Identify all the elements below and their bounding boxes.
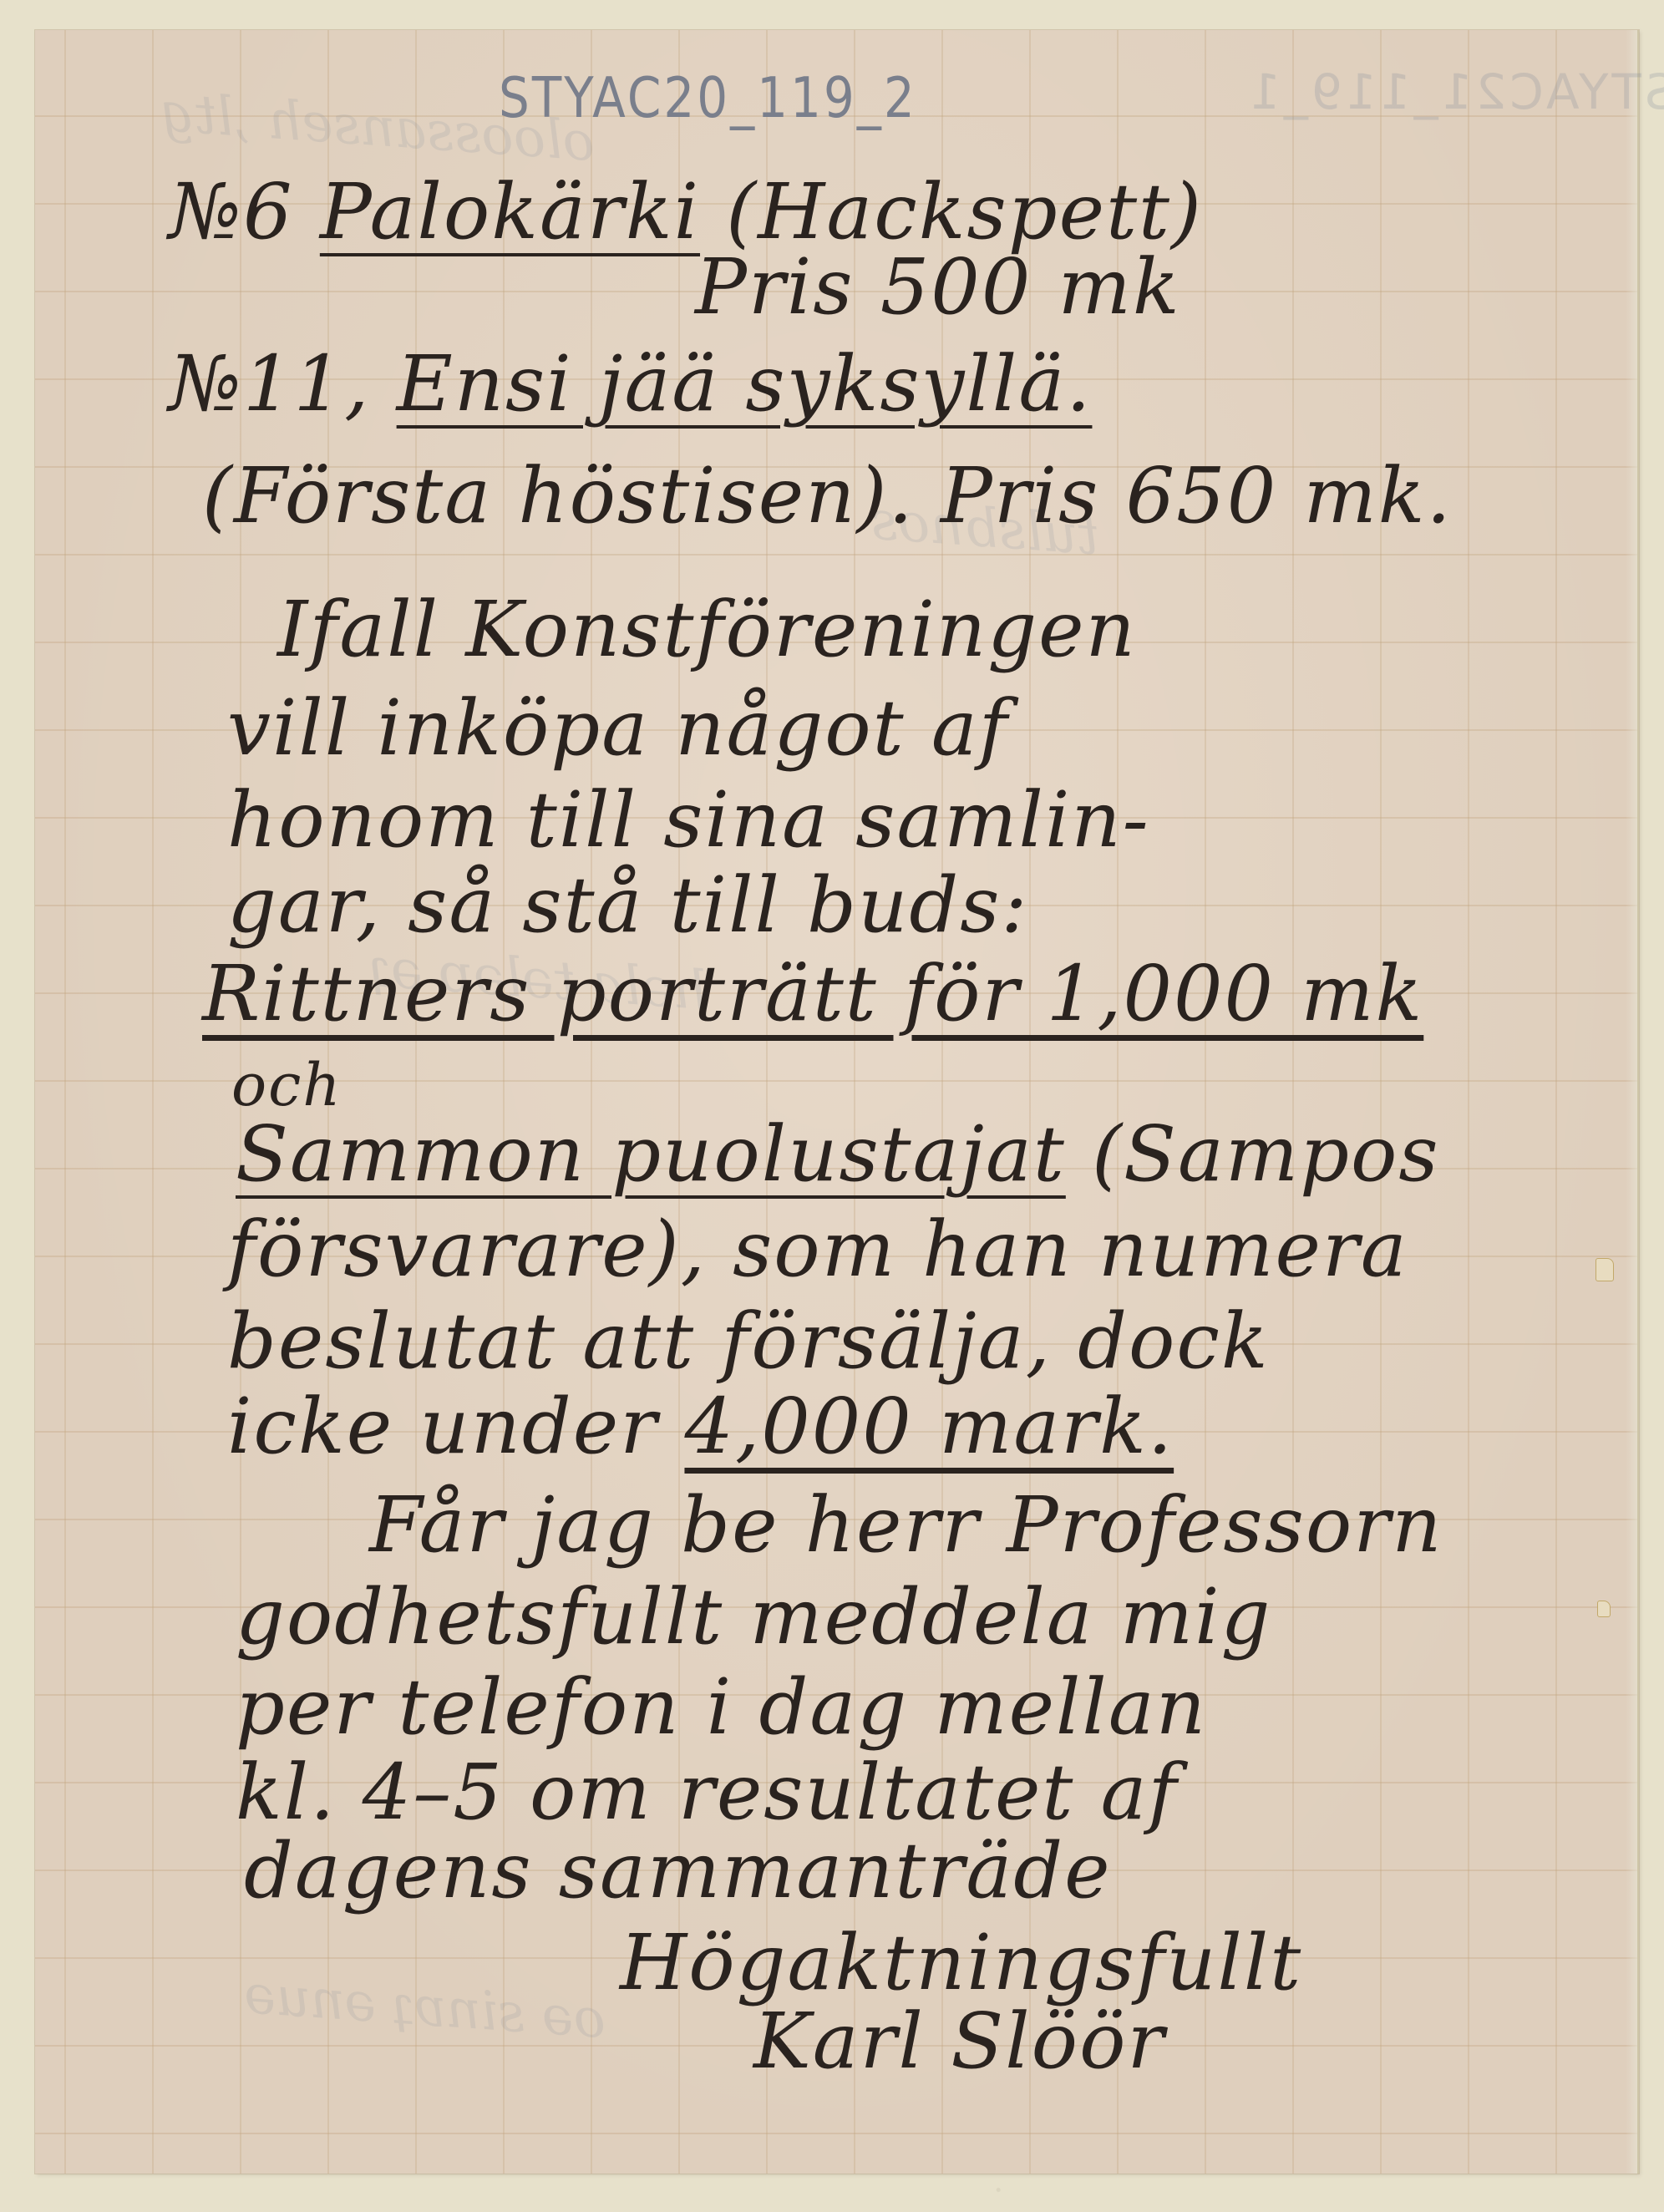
letter-line-11: Sammon puolustajat (Sampos bbox=[236, 1116, 1440, 1193]
letter-line-1: №6 Palokärki (Hackspett) bbox=[169, 174, 1203, 251]
artwork-title: Sammon puolustajat bbox=[236, 1109, 1066, 1199]
letter-line-15: Får jag be herr Professorn bbox=[369, 1487, 1443, 1564]
letter-line-4: (Första höstisen). Pris 650 mk. bbox=[202, 458, 1453, 535]
artwork-title: Palokärki bbox=[320, 167, 700, 256]
letter-line-10: och bbox=[231, 1056, 342, 1114]
letter-line-3: №11, Ensi jää syksyllä. bbox=[169, 346, 1092, 423]
artwork-title: Ensi jää syksyllä. bbox=[397, 339, 1093, 429]
letter-line-18: kl. 4–5 om resultatet af bbox=[236, 1754, 1179, 1831]
closing-salutation: Högaktningsfullt bbox=[620, 1925, 1302, 2001]
letter-line-6: vill inköpa något af bbox=[227, 690, 1009, 767]
letter-line-7: honom till sina samlin- bbox=[227, 782, 1150, 859]
tape-residue-mark bbox=[1596, 1258, 1614, 1281]
letter-line-17: per telefon i dag mellan bbox=[236, 1669, 1207, 1746]
paper-edge bbox=[1626, 30, 1639, 2174]
letter-line-2: Pris 500 mk bbox=[695, 249, 1181, 326]
reverse-label-bleedthrough: STYAC21_119_1 bbox=[1246, 63, 1664, 120]
letter-line-12: försvarare), som han numera bbox=[227, 1211, 1408, 1288]
line-text: icke under bbox=[227, 1382, 684, 1471]
letter-line-5: Ifall Konstföreningen bbox=[277, 591, 1137, 668]
signature: Karl Slöör bbox=[753, 2003, 1165, 2080]
artwork-title-translation: (Sampos bbox=[1066, 1109, 1440, 1199]
item-number: №11, bbox=[169, 339, 397, 429]
archive-label: STYAC20_119_2 bbox=[499, 65, 917, 130]
tape-residue-mark bbox=[1597, 1601, 1611, 1617]
letter-line-8: gar, så stå till buds: bbox=[227, 867, 1028, 944]
minimum-price: 4,000 mark. bbox=[684, 1382, 1174, 1471]
letter-line-14: icke under 4,000 mark. bbox=[227, 1388, 1174, 1465]
letter-line-9: Rittners porträtt för 1,000 mk bbox=[202, 956, 1423, 1032]
letter-line-13: beslutat att försälja, dock bbox=[227, 1303, 1270, 1380]
letter-line-16: godhetsfullt meddela mig bbox=[236, 1579, 1271, 1656]
item-number: №6 bbox=[169, 167, 320, 256]
bleedthrough-writing: oǝ sinɐʇ ǝnuǝ bbox=[242, 1964, 608, 2051]
letter-page: STYAC21_119_1 oloossanseh ,ltg tulsbnos … bbox=[35, 30, 1639, 2174]
letter-line-19: dagens sammanträde bbox=[244, 1833, 1112, 1910]
